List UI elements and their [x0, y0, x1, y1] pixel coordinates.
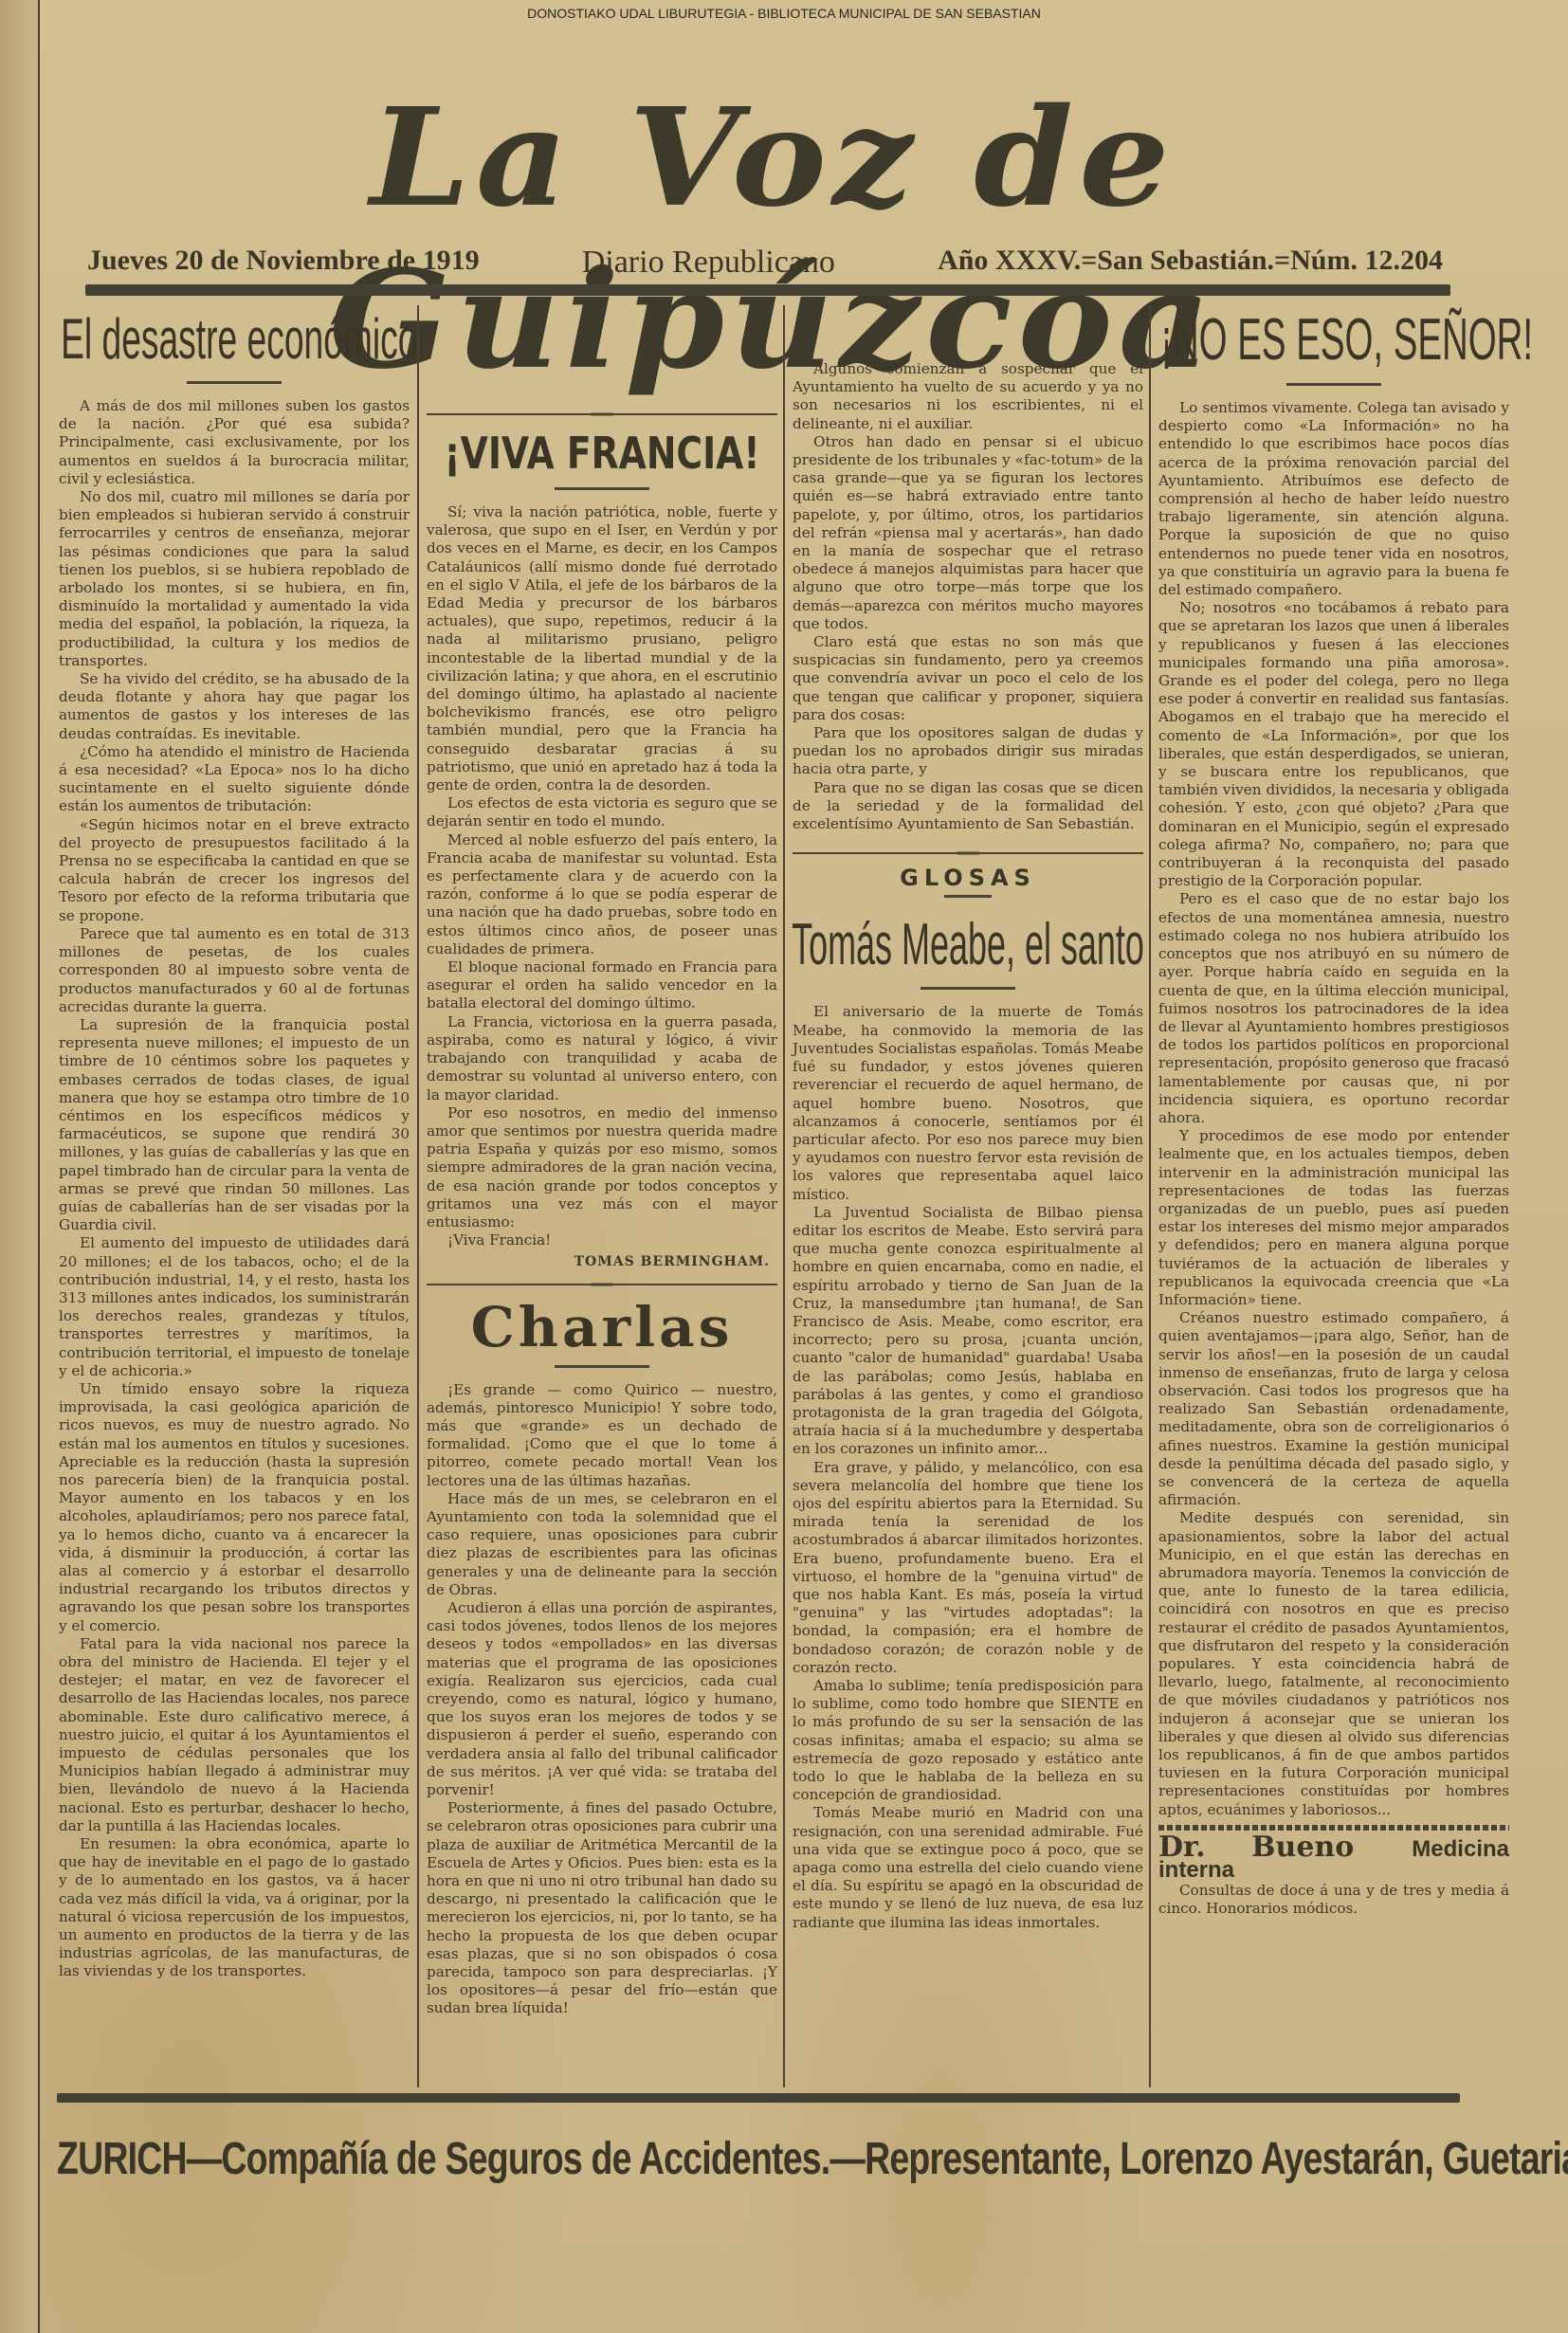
headline-rule — [555, 1365, 649, 1368]
ornamental-rule — [427, 1282, 777, 1287]
paragraph: Fatal para la vida nacional nos parece l… — [59, 1635, 410, 1835]
paragraph: Medite después con serenidad, sin apasio… — [1158, 1509, 1509, 1818]
headline-rule — [1286, 383, 1381, 386]
paragraph: Era grave, y pálido, y melancólico, con … — [793, 1459, 1143, 1677]
doctor-advertisement: Dr. Bueno Medicina interna Consultas de … — [1158, 1825, 1509, 1919]
column-2: ¡VIVA FRANCIA! Sí; viva la nación patrió… — [427, 305, 777, 2018]
masthead-rule — [85, 284, 1450, 296]
paragraph: ¡Es grande — como Quirico — nuestro, ade… — [427, 1381, 777, 1490]
author-signature: TOMAS BERMINGHAM. — [427, 1253, 770, 1271]
headline-charlas: Charlas — [427, 1297, 777, 1358]
paragraph: A más de dos mil millones suben los gast… — [59, 397, 410, 488]
paragraph: Lo sentimos vivamente. Colega tan avisad… — [1158, 399, 1509, 599]
paragraph: Tomás Meabe murió en Madrid con una resi… — [793, 1804, 1143, 1931]
paragraph: Y procedimos de ese modo por entender le… — [1158, 1127, 1509, 1309]
zurich-advertisement: ZURICH—Compañía de Seguros de Accidentes… — [57, 2133, 1151, 2185]
paragraph: Otros han dado en pensar si el ubicuo pr… — [793, 433, 1143, 633]
ornamental-rule — [427, 411, 777, 417]
paragraph: Los efectos de esta victoria es seguro q… — [427, 794, 777, 830]
column-divider — [1149, 305, 1151, 2087]
paragraph: Sí; viva la nación patriótica, noble, fu… — [427, 503, 777, 794]
column-4: ¡NO ES ESO, SEÑOR! Lo sentimos vivamente… — [1158, 305, 1509, 1919]
paragraph: Amaba lo sublime; tenía predisposición p… — [793, 1677, 1143, 1804]
paragraph: En resumen: la obra económica, aparte lo… — [59, 1835, 410, 1981]
paragraph: Acudieron á ellas una porción de aspiran… — [427, 1599, 777, 1799]
paragraph: Para que no se digan las cosas que se di… — [793, 779, 1143, 834]
paragraph: No dos mil, cuatro mil millones se daría… — [59, 488, 410, 670]
issue-date: Jueves 20 de Noviembre de 1919 — [87, 245, 480, 281]
dateline: Jueves 20 de Noviembre de 1919 Diario Re… — [87, 245, 1443, 281]
paragraph: Créanos nuestro estimado compañero, á qu… — [1158, 1309, 1509, 1509]
column-3: Algunos comienzan á sospechar que el Ayu… — [793, 360, 1143, 1932]
paragraph: No; nosotros «no tocábamos á rebato para… — [1158, 599, 1509, 890]
newspaper-subtitle: Diario Republicano — [582, 245, 835, 281]
paragraph: La Juventud Socialista de Bilbao piensa … — [793, 1204, 1143, 1459]
headline-rule — [187, 381, 282, 384]
paragraph: Algunos comienzan á sospechar que el Ayu… — [793, 360, 1143, 433]
paragraph: Parece que tal aumento es en total de 31… — [59, 925, 410, 1016]
paragraph: Posteriormente, á fines del pasado Octub… — [427, 1799, 777, 2017]
headline-viva-francia: ¡VIVA FRANCIA! — [428, 427, 777, 480]
section-kicker-glosas: GLOSAS — [793, 869, 1143, 887]
page-spine — [0, 0, 40, 2333]
paragraph: El aumento del impuesto de utilidades da… — [59, 1234, 410, 1380]
paragraph: ¡Viva Francia! — [427, 1231, 777, 1249]
headline-no-es-eso: ¡NO ES ESO, SEÑOR! — [1160, 305, 1507, 375]
paragraph: El aniversario de la muerte de Tomás Mea… — [793, 1003, 1143, 1203]
paragraph: Para que los opositores salgan de dudas … — [793, 724, 1143, 779]
paragraph: Merced al noble esfuerzo del país entero… — [427, 831, 777, 958]
headline-meabe: Tomás Meabe, el santo — [790, 911, 1147, 979]
paragraph: Pero es el caso que de no estar bajo los… — [1158, 890, 1509, 1127]
paragraph: Hace más de un mes, se celebraron en el … — [427, 1490, 777, 1599]
column-1: El desastre económico A más de dos mil m… — [59, 305, 410, 1981]
paragraph: Un tímido ensayo sobre la riqueza improv… — [59, 1380, 410, 1635]
headline-rule — [555, 487, 649, 490]
headline-rule — [921, 987, 1015, 990]
headline-desastre: El desastre económico — [61, 305, 408, 374]
column-divider — [417, 305, 419, 2087]
paragraph: Por eso nosotros, en medio del inmenso a… — [427, 1104, 777, 1231]
paragraph: La Francia, victoriosa en la guerra pasa… — [427, 1013, 777, 1104]
footer-rule — [57, 2093, 1460, 2103]
ornamental-rule — [793, 850, 1143, 856]
kicker-rule — [944, 895, 992, 898]
issue-number: Año XXXV.=San Sebastián.=Núm. 12.204 — [938, 245, 1443, 281]
column-divider — [783, 305, 785, 2087]
paragraph: El bloque nacional formado en Francia pa… — [427, 958, 777, 1013]
paragraph: Claro está que estas no son más que susp… — [793, 633, 1143, 724]
paragraph: Se ha vivido del crédito, se ha abusado … — [59, 670, 410, 743]
paragraph: ¿Cómo ha atendido el ministro de Haciend… — [59, 743, 410, 816]
archive-header: DONOSTIAKO UDAL LIBURUTEGIA - BIBLIOTECA… — [0, 6, 1568, 21]
doctor-hours: Consultas de doce á una y de tres y medi… — [1158, 1882, 1509, 1918]
paragraph: «Según hicimos notar en el breve extract… — [59, 816, 410, 925]
paragraph: La supresión de la franquicia postal rep… — [59, 1016, 410, 1234]
